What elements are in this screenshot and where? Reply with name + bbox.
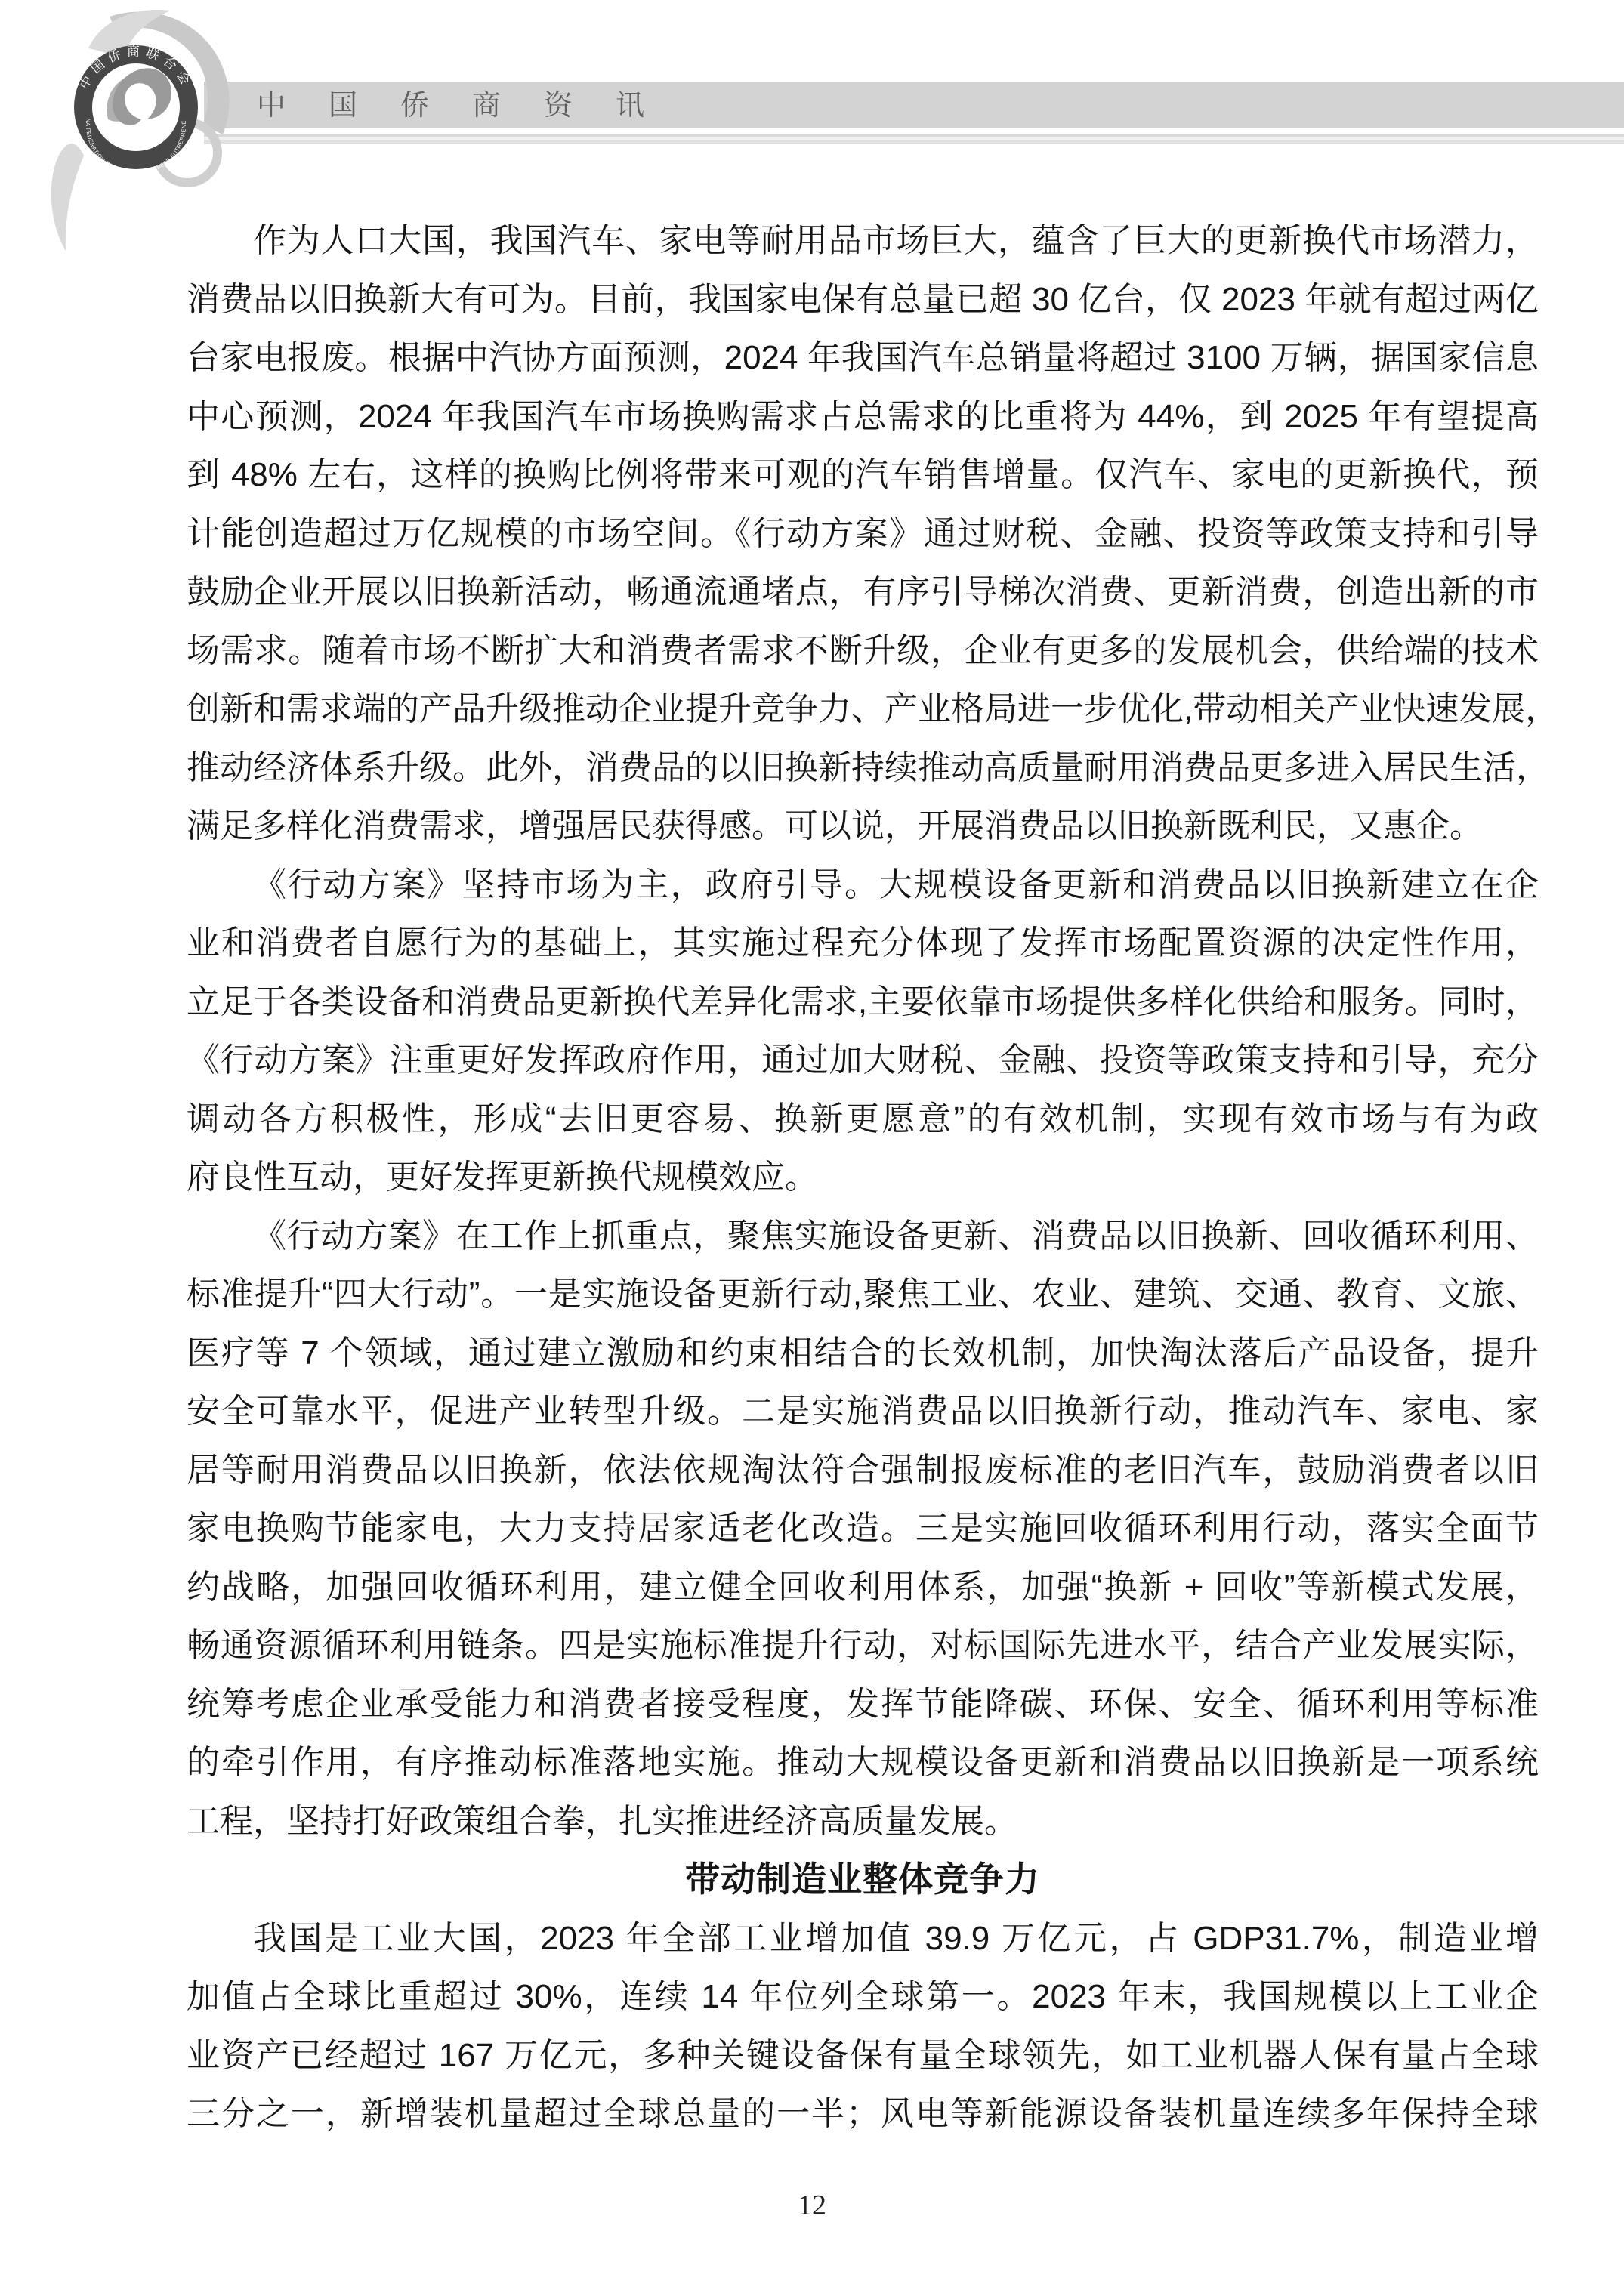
body-line: 标准提升“四大行动”。一是实施设备更新行动,聚焦工业、农业、建筑、交通、教育、文… — [187, 1265, 1539, 1324]
body-line: 创新和需求端的产品升级推动企业提升竞争力、产业格局进一步优化,带动相关产业快速发… — [187, 680, 1539, 739]
body-line: 居等耐用消费品以旧换新，依法依规淘汰符合强制报废标准的老旧汽车，鼓励消费者以旧 — [187, 1441, 1539, 1500]
body-line: 安全可靠水平，促进产业转型升级。二是实施消费品以旧换新行动，推动汽车、家电、家 — [187, 1382, 1539, 1441]
body-line: 工程，坚持打好政策组合拳，扎实推进经济高质量发展。 — [187, 1792, 1539, 1851]
body-line: 台家电报废。根据中汽协方面预测，2024 年我国汽车总销量将超过 3100 万辆… — [187, 329, 1539, 387]
body-line: 《行动方案》坚持市场为主，政府引导。大规模设备更新和消费品以旧换新建立在企 — [187, 856, 1539, 915]
body-line: 的牵引作用，有序推动标准落地实施。推动大规模设备更新和消费品以旧换新是一项系统 — [187, 1733, 1539, 1792]
body-line: 业和消费者自愿行为的基础上，其实施过程充分体现了发挥市场配置资源的决定性作用， — [187, 914, 1539, 973]
body-line: 满足多样化消费需求，增强居民获得感。可以说，开展消费品以旧换新既利民，又惠企。 — [187, 797, 1539, 856]
body-line: 推动经济体系升级。此外，消费品的以旧换新持续推动高质量耐用消费品更多进入居民生活… — [187, 739, 1539, 798]
section-heading: 带动制造业整体竞争力 — [187, 1850, 1539, 1909]
body-line: 场需求。随着市场不断扩大和消费者需求不断升级，企业有更多的发展机会，供给端的技术 — [187, 622, 1539, 680]
body-line: 家电换购节能家电，大力支持居家适老化改造。三是实施回收循环利用行动，落实全面节 — [187, 1499, 1539, 1558]
body-line: 加值占全球比重超过 30%，连续 14 年位列全球第一。2023 年末，我国规模… — [187, 1967, 1539, 2026]
body-line: 约战略，加强回收循环利用，建立健全回收利用体系，加强“换新 + 回收”等新模式发… — [187, 1558, 1539, 1617]
body-line: 三分之一，新增装机量超过全球总量的一半；风电等新能源设备装机量连续多年保持全球 — [187, 2085, 1539, 2143]
body-line: 到 48% 左右，这样的换购比例将带来可观的汽车销售增量。仅汽车、家电的更新换代… — [187, 446, 1539, 505]
body-line: 鼓励企业开展以旧换新活动，畅通流通堵点，有序引导梯次消费、更新消费，创造出新的市 — [187, 563, 1539, 622]
article-body: 作为人口大国，我国汽车、家电等耐用品市场巨大，蕴含了巨大的更新换代市场潜力， 消… — [187, 211, 1539, 2143]
body-line: 计能创造超过万亿规模的市场空间。《行动方案》通过财税、金融、投资等政策支持和引导 — [187, 505, 1539, 563]
magazine-page: 中国侨商资讯 中国侨商联合会 CHINA F — [0, 0, 1624, 2293]
header-bar: 中国侨商资讯 — [204, 82, 1624, 128]
body-line: 中心预测，2024 年我国汽车市场换购需求占总需求的比重将为 44%，到 202… — [187, 387, 1539, 446]
page-number: 12 — [0, 2189, 1624, 2222]
body-line: 畅通资源循环利用链条。四是实施标准提升行动，对标国际先进水平，结合产业发展实际， — [187, 1616, 1539, 1675]
body-line: 作为人口大国，我国汽车、家电等耐用品市场巨大，蕴含了巨大的更新换代市场潜力， — [187, 211, 1539, 270]
body-line: 立足于各类设备和消费品更新换代差异化需求,主要依靠市场提供多样化供给和服务。同时… — [187, 973, 1539, 1032]
body-line: 我国是工业大国，2023 年全部工业增加值 39.9 万亿元，占 GDP31.7… — [187, 1909, 1539, 1968]
body-line: 业资产已经超过 167 万亿元，多种关键设备保有量全球领先，如工业机器人保有量占… — [187, 2026, 1539, 2085]
body-line: 《行动方案》注重更好发挥政府作用，通过加大财税、金融、投资等政策支持和引导，充分 — [187, 1031, 1539, 1090]
header-bar-title: 中国侨商资讯 — [257, 82, 687, 128]
header-stripe — [204, 134, 1624, 144]
logo-swoosh-tail — [51, 144, 84, 251]
body-line: 消费品以旧换新大有可为。目前，我国家电保有总量已超 30 亿台，仅 2023 年… — [187, 270, 1539, 329]
body-line: 医疗等 7 个领域，通过建立激励和约束相结合的长效机制，加快淘汰落后产品设备，提… — [187, 1324, 1539, 1383]
body-line: 《行动方案》在工作上抓重点，聚焦实施设备更新、消费品以旧换新、回收循环利用、 — [187, 1207, 1539, 1266]
body-line: 府良性互动，更好发挥更新换代规模效应。 — [187, 1148, 1539, 1207]
body-line: 调动各方积极性，形成“去旧更容易、换新更愿意”的有效机制，实现有效市场与有为政 — [187, 1090, 1539, 1149]
body-line: 统筹考虑企业承受能力和消费者接受程度，发挥节能降碳、环保、安全、循环利用等标准 — [187, 1675, 1539, 1734]
